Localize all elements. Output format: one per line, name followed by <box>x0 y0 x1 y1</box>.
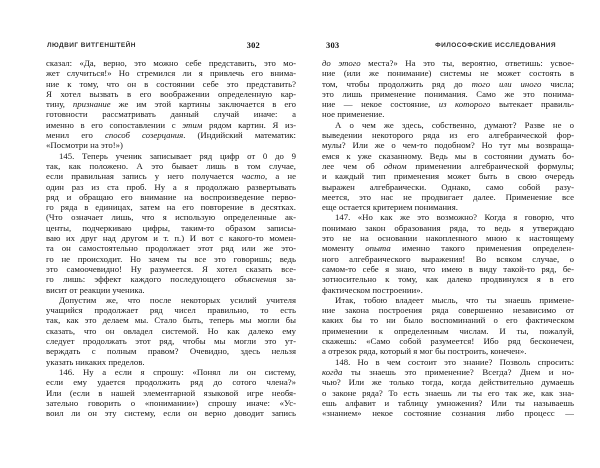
paragraph: Итак, тобою владеет мысль, что ты знаешь… <box>322 295 574 357</box>
page-header-left: ЛЮДВИГ ВИТГЕНШТЕЙН 302 <box>46 40 296 58</box>
page-right: 303 ФИЛОСОФСКИЕ ИССЛЕДОВАНИЯ до этого ме… <box>322 40 574 418</box>
text-line: ваю их друг над другом и т. п.) И вот с … <box>46 233 296 243</box>
text-line: верждать с полным правом? Очевидно, здес… <box>46 346 296 356</box>
text-line: каких бы то ни было воспоминаний о его ф… <box>322 315 574 325</box>
text-line: зательно говорить о «понимании») спрошу … <box>46 398 296 408</box>
text-line: А о чем же здесь, собственно, думают? Ра… <box>322 120 574 130</box>
text-line: 148. Но в чем состоит это знание? Позвол… <box>322 357 574 367</box>
text-line: указать никаких пределов. <box>46 357 296 367</box>
text-line: самом-то себе я знаю, что имею в виду та… <box>322 264 574 274</box>
text-line: 146. Ну а если я спрошу: «Понял ли он си… <box>46 367 296 377</box>
text-line: так, как это делаем мы. Стало быть, тепе… <box>46 315 296 325</box>
text-line: меется, это нас не продвигает далее. При… <box>322 192 574 202</box>
text-line: один раз из ста проб. Ну а я продолжаю р… <box>46 182 296 192</box>
text-line: мулы? Или же о чем-то подобном? Но тут м… <box>322 140 574 150</box>
text-line: ние к тому, что он в состоянии себе это … <box>46 79 296 89</box>
text-line: воил ли он эту систему, если он верно до… <box>46 408 296 418</box>
text-line: го ряда в единицах, затем на его повторе… <box>46 202 296 212</box>
book-spread: ЛЮДВИГ ВИТГЕНШТЕЙН 302 сказал: «Да, верн… <box>0 0 600 468</box>
text-line: когда ты знаешь это применение? Всегда? … <box>322 367 574 377</box>
text-line: готовности рассматривать данный случай и… <box>46 109 296 119</box>
text-line: «Посмотри на это!») <box>46 140 296 150</box>
text-line: ное применение. <box>322 109 574 119</box>
text-line: скажешь: «Само собой разумеется! Ибо ряд… <box>322 336 574 346</box>
text-line: выведении некоторого ряда из его алгебра… <box>322 130 574 140</box>
text-line: учащийся продолжает ряд чисел правильно,… <box>46 305 296 315</box>
page-number-right: 303 <box>326 40 339 50</box>
text-line: 145. Теперь ученик записывает ряд цифр о… <box>46 151 296 161</box>
text-line: менил его способ созерцания. (Индийский … <box>46 130 296 140</box>
text-line: еще остается критерием понимания. <box>322 202 574 212</box>
running-title-right: ФИЛОСОФСКИЕ ИССЛЕДОВАНИЯ <box>435 42 556 49</box>
paragraph: Допустим же, что после некоторых усилий … <box>46 295 296 367</box>
paragraph: сказал: «Да, верно, это можно себе предс… <box>46 58 296 151</box>
text-line: следует продолжать этот ряд, чтобы мы мо… <box>46 336 296 346</box>
text-line: центы, подчеркиваю цифры, таким-то образ… <box>46 223 296 233</box>
text-line: если правильная запись у него получается… <box>46 171 296 181</box>
text-line: применении к определенным числам. И ты, … <box>322 326 574 336</box>
paragraph: 146. Ну а если я спрошу: «Понял ли он си… <box>46 367 296 418</box>
text-line: ряд и обращаю его внимание на воспроизве… <box>46 192 296 202</box>
text-line: та он самостоятельно продолжает этот ряд… <box>46 243 296 253</box>
text-line: именно в его сопоставлении с этим рядом … <box>46 120 296 130</box>
text-line: го не происходит. Но зачем ты все это го… <box>46 254 296 264</box>
text-line: Допустим же, что после некоторых усилий … <box>46 295 296 305</box>
text-line: понимаю закон образования ряда, то ведь … <box>322 223 574 233</box>
text-line: 147. «Но как же это возможно? Когда я го… <box>322 212 574 222</box>
text-line: Или (если в нашей элементарной языковой … <box>46 388 296 398</box>
text-line: ние — некое состояние, из которого вытек… <box>322 99 574 109</box>
text-line: «знанием» некое состояние сознания либо … <box>322 408 574 418</box>
text-line: тину, признание же им этой картины заклю… <box>46 99 296 109</box>
text-line: выражен алгебраически. Однако, само собо… <box>322 182 574 192</box>
text-line: емся к уже сказанному. Ведь мы в состоян… <box>322 151 574 161</box>
text-line: ние (или же понимание) системы не может … <box>322 68 574 78</box>
page-left: ЛЮДВИГ ВИТГЕНШТЕЙН 302 сказал: «Да, верн… <box>46 40 296 418</box>
paragraph: 147. «Но как же это возможно? Когда я го… <box>322 212 574 294</box>
text-line: Итак, тобою владеет мысль, что ты знаешь… <box>322 295 574 305</box>
text-line: если ему удается продолжить ряд до сотог… <box>46 377 296 387</box>
page-body-left: сказал: «Да, верно, это можно себе предс… <box>46 58 296 418</box>
text-line: сказал: «Да, верно, это можно себе предс… <box>46 58 296 68</box>
text-line: том, чтобы продолжить ряд до того или ин… <box>322 79 574 89</box>
text-line: Я хотел вызвать в его воображении опреде… <box>46 89 296 99</box>
text-line: лее чем об одном применении алгебраическ… <box>322 161 574 171</box>
text-line: моменту опыта именно такого применения о… <box>322 243 574 253</box>
paragraph: до этого места?» На это ты, вероятно, от… <box>322 58 574 120</box>
page-body-right: до этого места?» На это ты, вероятно, от… <box>322 58 574 418</box>
text-line: а отрезок ряда, который я мог бы построи… <box>322 346 574 356</box>
text-line: до этого места?» На это ты, вероятно, от… <box>322 58 574 68</box>
text-line: так, как положено. А это бывает лишь в т… <box>46 161 296 171</box>
text-line: это не на основании накопленного мною к … <box>322 233 574 243</box>
paragraph: А о чем же здесь, собственно, думают? Ра… <box>322 120 574 213</box>
text-line: висит от реакции ученика. <box>46 285 296 295</box>
text-line: сказать, что он овладел системой. Но как… <box>46 326 296 336</box>
text-line: ешь алфавит и таблицу умножения? Или ты … <box>322 398 574 408</box>
text-line: это лишь применение понимания. Само же э… <box>322 89 574 99</box>
text-line: ного алгебраического выражения! Во всяко… <box>322 254 574 264</box>
text-line: зотносительно к тому, как далеко продвин… <box>322 274 574 284</box>
page-header-right: 303 ФИЛОСОФСКИЕ ИССЛЕДОВАНИЯ <box>322 40 574 58</box>
running-title-left: ЛЮДВИГ ВИТГЕНШТЕЙН <box>47 42 136 49</box>
text-line: жет случиться!» Но стремился ли я привле… <box>46 68 296 78</box>
text-line: ние закона построения ряда совершенно не… <box>322 305 574 315</box>
text-line: и каждый тип применения может быть в сво… <box>322 171 574 181</box>
text-line: го лишь: эффект каждого последующего объ… <box>46 274 296 284</box>
paragraph: 148. Но в чем состоит это знание? Позвол… <box>322 357 574 419</box>
page-number-left: 302 <box>247 40 260 50</box>
text-line: фактическом построении». <box>322 285 574 295</box>
text-line: это самоочевидно! Ну разумеется. Я хотел… <box>46 264 296 274</box>
text-line: о законе ряда? То есть знаешь ли ты его … <box>322 388 574 398</box>
paragraph: 145. Теперь ученик записывает ряд цифр о… <box>46 151 296 295</box>
text-line: (Что означает лишь, что я использую опре… <box>46 212 296 222</box>
text-line: чью? Или же только тогда, когда действит… <box>322 377 574 387</box>
